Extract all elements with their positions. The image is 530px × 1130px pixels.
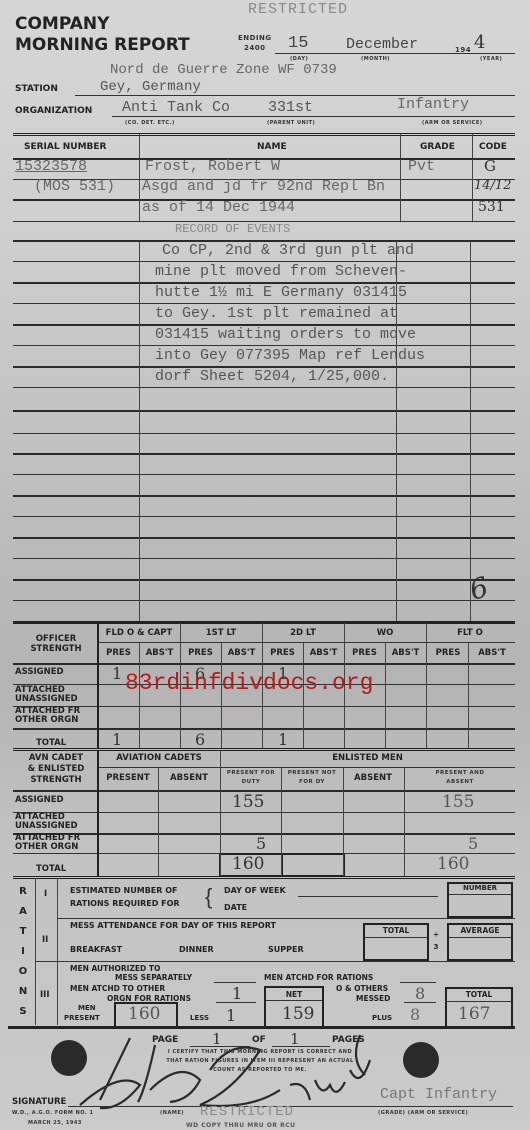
day-of-week-field <box>298 896 438 897</box>
date-underline <box>275 53 515 54</box>
subcol-pres: PRES <box>344 648 385 658</box>
subcol-abst: ABS'T <box>139 648 180 658</box>
location-note: Nord de Guerre Zone WF 0739 <box>110 62 337 78</box>
breakfast-label: BREAKFAST <box>70 945 122 954</box>
row-label-total: TOTAL <box>36 738 66 748</box>
col-divider <box>281 768 282 876</box>
row-line <box>13 366 515 368</box>
year-caption: (YEAR) <box>480 56 502 62</box>
row-line <box>13 387 515 388</box>
station-label: STATION <box>15 84 58 94</box>
punch-hole-right <box>403 1042 439 1078</box>
row-line <box>13 663 515 665</box>
group-1st-lt: 1ST LT <box>180 628 262 638</box>
serial-number: 15323578 <box>15 158 87 175</box>
cell-value: 6 <box>195 730 205 749</box>
section-divider <box>8 1026 515 1029</box>
net-value: 159 <box>282 1004 314 1024</box>
mess-attendance-label: MESS ATTENDANCE FOR DAY OF THIS REPORT <box>70 921 276 930</box>
number-label: NUMBER <box>449 884 511 892</box>
code-value: G <box>484 157 496 175</box>
subcol-abst: ABS'T <box>470 648 514 658</box>
row-line <box>13 303 515 304</box>
plus-label: PLUS <box>372 1014 392 1022</box>
row-label-total: TOTAL <box>36 864 66 874</box>
cell-value: 1 <box>278 730 288 749</box>
subcol-present-and-absent: PRESENT AND ABSENT <box>430 769 490 787</box>
station-value: Gey, Germany <box>100 79 201 95</box>
organization-label: ORGANIZATION <box>15 106 92 116</box>
name-caption: (NAME) <box>160 1110 184 1116</box>
row-line <box>98 642 515 643</box>
section-i-num: I <box>44 889 47 899</box>
subcol-pres: PRES <box>262 648 303 658</box>
row-line <box>13 433 515 434</box>
row-line <box>13 579 515 581</box>
copy-note: WD COPY THRU MRU OR RCU <box>186 1122 295 1129</box>
officer-strength-label: STRENGTH <box>15 644 97 654</box>
form-title-line2: MORNING REPORT <box>15 35 190 55</box>
morning-report-form: RESTRICTED COMPANY MORNING REPORT ENDING… <box>0 0 530 1130</box>
signature-label: SIGNATURE <box>12 1097 66 1107</box>
row-label-assigned: ASSIGNED <box>15 667 64 677</box>
auth-sep-field <box>214 982 256 983</box>
men-present-value: 160 <box>128 1004 160 1024</box>
form-date: MARCH 25, 1943 <box>28 1120 82 1126</box>
date-label: DATE <box>224 903 247 912</box>
month-caption: (MONTH) <box>361 56 390 62</box>
parent-caption: (PARENT UNIT) <box>267 120 315 126</box>
event-line: to Gey. 1st plt remained at <box>155 305 398 322</box>
row-label-attached-fr-other: ATTACHED FR OTHER ORGN <box>15 834 95 852</box>
enlisted-strength-label: & ENLISTED <box>15 764 97 774</box>
cell-value: 160 <box>232 854 264 874</box>
col-divider <box>404 768 405 876</box>
form-title-line1: COMPANY <box>15 14 109 34</box>
col-divider <box>472 159 473 221</box>
row-line <box>13 410 515 412</box>
col-divider <box>396 241 397 621</box>
side-letter: O <box>14 962 32 982</box>
subcol-pres: PRES <box>426 648 470 658</box>
col-divider <box>35 878 36 1025</box>
subcol-absent: ABSENT <box>158 773 220 783</box>
net-label: NET <box>266 990 322 999</box>
men-present-label: MEN <box>78 1004 96 1012</box>
brace: { <box>205 884 212 910</box>
side-letter: A <box>14 902 32 922</box>
row-line <box>13 324 515 326</box>
divide-by-3: ÷ 3 <box>430 929 442 953</box>
subcol-absent: ABSENT <box>343 773 403 783</box>
signer-grade: Capt Infantry <box>380 1086 497 1103</box>
ending-time-label: 2400 <box>244 44 265 52</box>
col-divider <box>343 768 344 876</box>
subcol-present-not-for-duty: PRESENT NOT FOR DY <box>282 769 342 787</box>
row-line <box>449 894 511 895</box>
col-divider <box>139 159 140 221</box>
col-serial-number: SERIAL NUMBER <box>24 142 106 152</box>
estimated-rations-label: ESTIMATED NUMBER OF <box>70 886 177 895</box>
total-present-not-for-duty-box <box>281 853 345 877</box>
subcol-abst: ABS'T <box>303 648 344 658</box>
subcol-abst: ABS'T <box>221 648 262 658</box>
event-line: dorf Sheet 5204, 1/25,000. <box>155 368 389 385</box>
col-grade: GRADE <box>420 142 455 152</box>
auth-sep-label: MEN AUTHORIZED TO <box>70 964 160 973</box>
group-enlisted-men: ENLISTED MEN <box>220 753 515 763</box>
average-label: AVERAGE <box>449 926 511 935</box>
enlisted-strength-label: AVN CADET <box>15 753 97 763</box>
row-line <box>365 937 427 938</box>
atchd-other-field <box>216 1002 256 1003</box>
col-divider <box>220 750 221 876</box>
record-of-events-heading: RECORD OF EVENTS <box>175 222 290 236</box>
entry-date-remark: as of 14 Dec 1944 <box>142 199 295 216</box>
row-label-attached-unassigned: ATTACHED UNASSIGNED <box>15 686 95 704</box>
row-line <box>13 345 515 346</box>
col-divider <box>426 623 427 748</box>
table-top-border <box>13 133 515 136</box>
cell-value: 5 <box>468 834 478 853</box>
year-prefix: 194 <box>455 46 471 54</box>
side-letter: I <box>14 942 32 962</box>
col-divider <box>97 750 99 876</box>
less-value: 1 <box>226 1006 236 1025</box>
event-line: mine plt moved from Scheven- <box>155 263 407 280</box>
col-code: CODE <box>479 142 507 152</box>
row-line <box>57 918 515 919</box>
code-note: 531 <box>478 199 505 215</box>
subcol-pres: PRES <box>180 648 221 658</box>
col-divider <box>400 159 401 221</box>
row-line <box>35 961 515 962</box>
cell-value: 1 <box>112 664 122 683</box>
org-caption: (CO. DET. ETC.) <box>125 120 175 126</box>
row-label-attached-fr-other: ATTACHED FR OTHER ORGN <box>15 707 95 725</box>
cell-value: 160 <box>437 854 469 874</box>
side-letter: R <box>14 882 32 902</box>
total-rations-label: TOTAL <box>447 990 511 999</box>
atchd-other-label: MEN ATCHD TO OTHER <box>70 984 165 993</box>
row-line <box>13 495 515 497</box>
group-2d-lt: 2D LT <box>262 628 344 638</box>
total-rations-value: 167 <box>458 1004 490 1024</box>
col-divider <box>57 878 58 1025</box>
arm-caption: (ARM OR SERVICE) <box>422 120 483 126</box>
col-divider <box>139 241 140 621</box>
watermark: 83rdinfdivdocs.org <box>125 670 373 696</box>
side-letter: N <box>14 982 32 1002</box>
event-line: into Gey 077395 Map ref Lendus <box>155 347 425 364</box>
col-divider <box>470 241 471 621</box>
section-divider <box>13 876 515 879</box>
arm-service-value: Infantry <box>397 96 469 113</box>
side-letter: S <box>14 1002 32 1022</box>
subcol-present-for-duty: PRESENT FOR DUTY <box>222 769 280 787</box>
section-iii-num: III <box>40 990 50 1000</box>
row-line <box>13 474 515 475</box>
row-line <box>449 937 511 938</box>
code-note: 14/12 <box>474 178 511 193</box>
row-line <box>13 600 515 601</box>
others-messed-field <box>404 1002 436 1003</box>
dinner-label: DINNER <box>179 945 214 954</box>
row-line <box>266 1000 322 1001</box>
row-line <box>13 453 515 455</box>
classification-bottom: RESTRICTED <box>200 1104 294 1120</box>
form-number: W.D., A.G.O. FORM NO. 1 <box>12 1110 94 1116</box>
section-ii-num: II <box>42 935 48 945</box>
less-label: LESS <box>190 1014 209 1022</box>
col-divider <box>97 623 99 748</box>
cell-value: 155 <box>232 792 264 812</box>
plus-value: 8 <box>410 1005 420 1024</box>
cell-value: 1 <box>112 730 122 749</box>
cell-value: 5 <box>256 834 266 853</box>
total-label: TOTAL <box>365 926 427 935</box>
group-fld-capt: FLD O & CAPT <box>98 628 180 638</box>
organization-value: Anti Tank Co <box>122 99 230 116</box>
others-messed-value: 8 <box>415 984 425 1003</box>
row-label-assigned: ASSIGNED <box>15 795 64 805</box>
col-divider <box>468 643 469 748</box>
atchd-for-rations-field <box>400 982 436 983</box>
row-label-attached-unassigned: ATTACHED UNASSIGNED <box>15 813 95 831</box>
parent-unit-value: 331st <box>268 99 313 116</box>
others-messed-label: MESSED <box>356 994 390 1003</box>
group-flt-o: FLT O <box>426 628 514 638</box>
officer-strength-label: OFFICER <box>15 634 97 644</box>
rations-side-label: R A T I O N S <box>14 882 32 1022</box>
row-line <box>13 728 515 730</box>
group-aviation-cadets: AVIATION CADETS <box>98 753 220 763</box>
event-line: Co CP, 2nd & 3rd gun plt and <box>162 242 414 259</box>
report-month: December <box>346 36 418 53</box>
event-line: 031415 waiting orders to move <box>155 326 416 343</box>
col-name: NAME <box>257 142 287 152</box>
enlisted-strength-label: STRENGTH <box>15 775 97 785</box>
soldier-name: Frost, Robert W <box>145 158 280 175</box>
col-divider <box>158 768 159 876</box>
row-line <box>13 261 515 262</box>
ending-label: ENDING <box>238 34 272 42</box>
row-line <box>13 516 515 517</box>
event-line: hutte 1½ mi E Germany 031415 <box>155 284 407 301</box>
estimated-rations-label: RATIONS REQUIRED FOR <box>70 899 180 908</box>
report-year-suffix: 4 <box>474 32 485 53</box>
men-present-label: PRESENT <box>64 1014 100 1022</box>
grade-caption: (GRADE) (ARM OR SERVICE) <box>378 1110 468 1116</box>
row-line <box>447 1001 511 1002</box>
others-messed-label: O & OTHERS <box>336 984 388 993</box>
grade-value: Pvt <box>408 158 435 175</box>
atchd-for-rations-label: MEN ATCHD FOR RATIONS <box>264 973 373 982</box>
subcol-present: PRESENT <box>98 773 158 783</box>
subcol-abst: ABS'T <box>385 648 426 658</box>
atchd-other-value: 1 <box>232 984 242 1003</box>
col-divider <box>385 643 386 748</box>
section-divider <box>13 748 515 751</box>
organization-underline <box>112 116 515 117</box>
row-line <box>13 282 515 284</box>
report-day: 15 <box>288 34 308 53</box>
day-of-week-label: DAY OF WEEK <box>224 886 286 895</box>
section-divider <box>13 621 515 624</box>
group-wo: WO <box>344 628 426 638</box>
row-line <box>98 767 515 768</box>
cell-value: 155 <box>442 792 474 812</box>
auth-sep-label: MESS SEPARATELY <box>115 973 192 982</box>
row-line <box>13 537 515 539</box>
supper-label: SUPPER <box>268 945 304 954</box>
subcol-pres: PRES <box>98 648 139 658</box>
side-letter: T <box>14 922 32 942</box>
entry-remark: Asgd and jd fr 92nd Repl Bn <box>142 178 385 195</box>
classification-top: RESTRICTED <box>248 1 348 18</box>
row-line <box>13 558 515 559</box>
mos-value: (MOS 531) <box>34 178 115 195</box>
